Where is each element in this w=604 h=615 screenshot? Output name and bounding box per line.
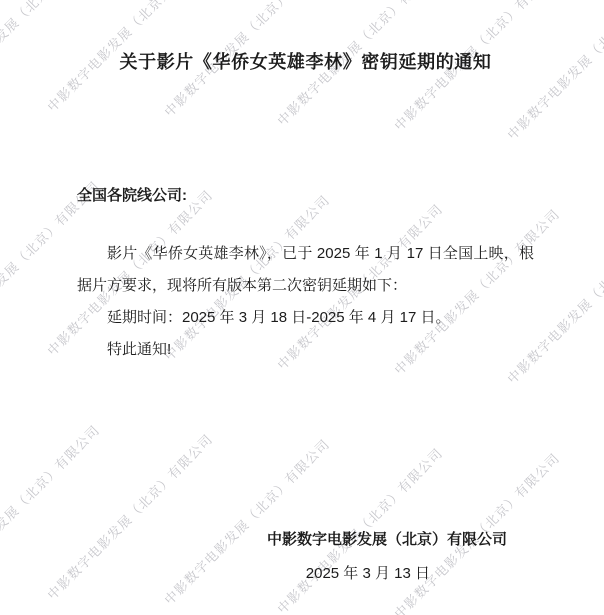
issue-date: 2025 年 3 月 13 日: [77, 563, 534, 585]
notice-title: 关于影片《华侨女英雄李林》密钥延期的通知: [77, 52, 534, 73]
document-page: 中影数字电影发展（北京）有限公司中影数字电影发展（北京）有限公司中影数字电影发展…: [0, 0, 604, 615]
salutation: 全国各院线公司:: [77, 187, 534, 205]
notice-document: 关于影片《华侨女英雄李林》密钥延期的通知 全国各院线公司: 影片《华侨女英雄李林…: [77, 0, 534, 585]
issuer-signature: 中影数字电影发展（北京）有限公司: [77, 529, 534, 551]
notice-paragraph-1: 影片《华侨女英雄李林》，已于 2025 年 1 月 17 日全国上映，根据片方要…: [77, 238, 534, 302]
notice-paragraph-2: 延期时间：2025 年 3 月 18 日-2025 年 4 月 17 日。: [77, 302, 534, 334]
notice-paragraph-3: 特此通知!: [77, 334, 534, 366]
